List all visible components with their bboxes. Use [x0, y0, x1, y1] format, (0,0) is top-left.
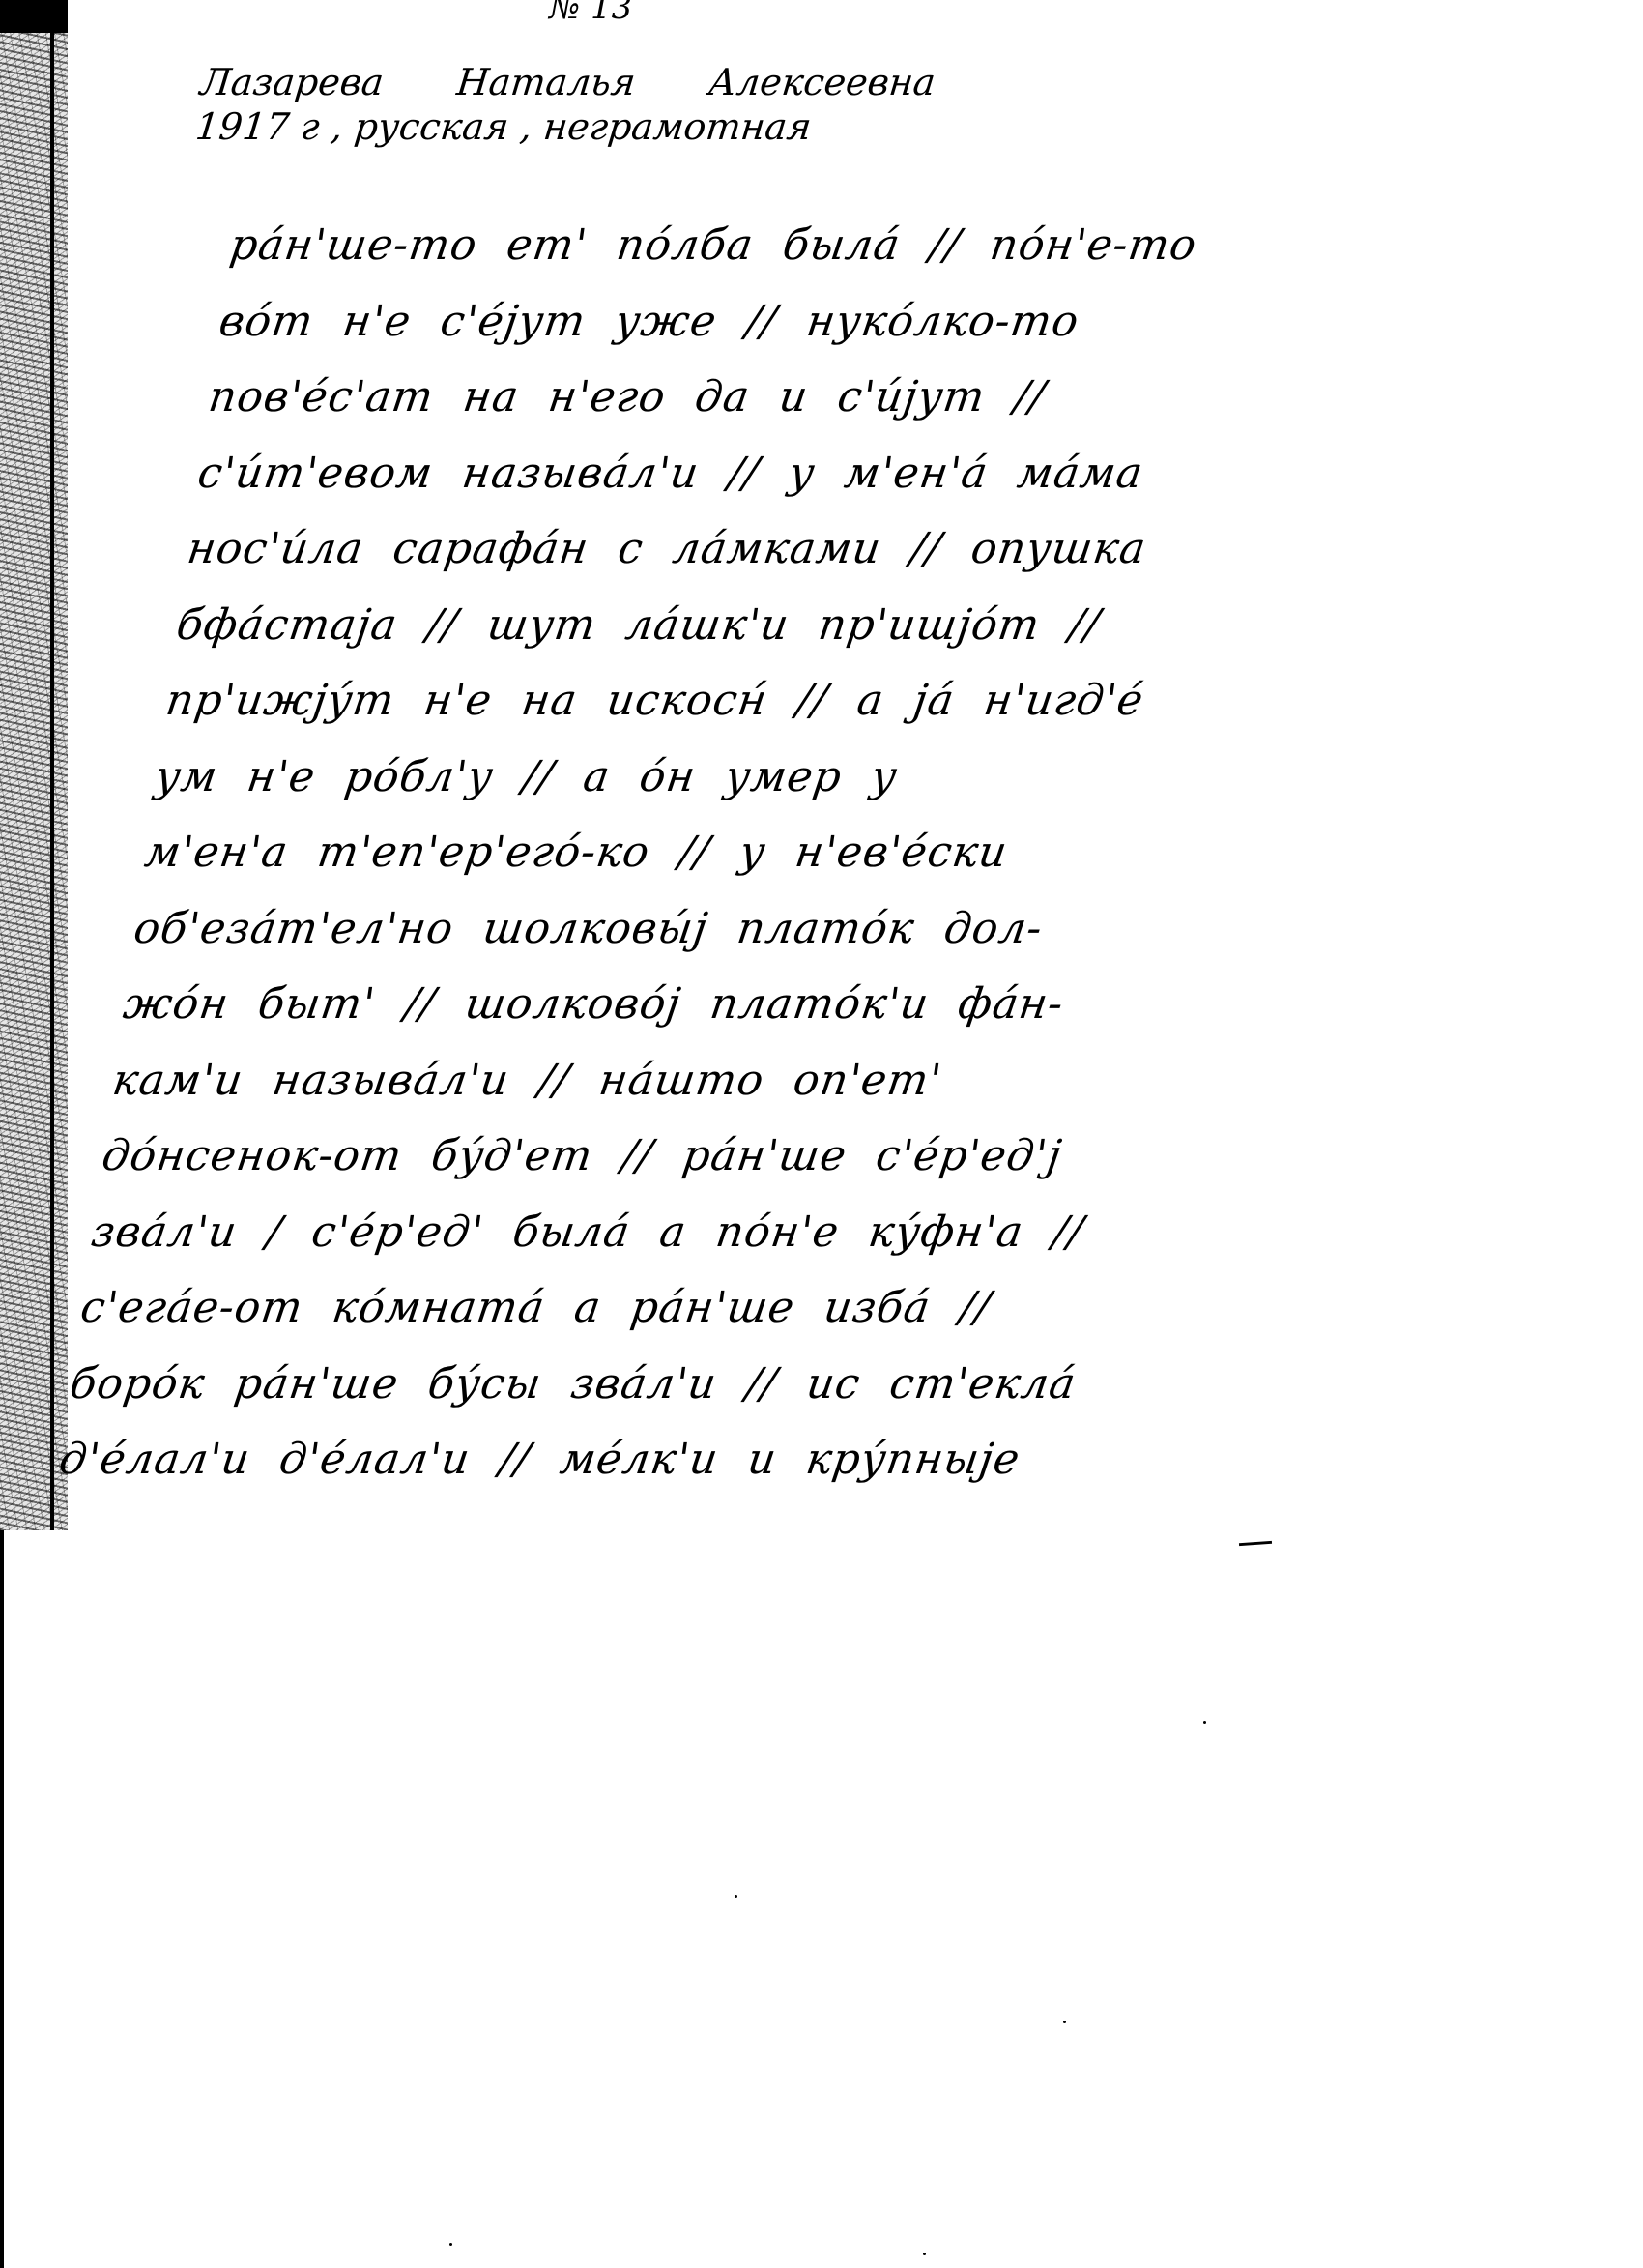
- informant-name: Лазарева Наталья Алексеевна: [198, 60, 999, 104]
- transcript-line: с'ега́е-от ко́мната́ а ра́н'ше изба́ //: [75, 1270, 1091, 1347]
- scan-edge-noise-strip: [0, 0, 68, 1530]
- transcript-line: кам'и называ́л'и // на́што оп'ет': [107, 1043, 1123, 1119]
- transcript-line: с'и́т'евом называ́л'и // у м'ен'а́ ма́ма: [193, 436, 1209, 512]
- transcript-line: ум н'е ро́бл'у // а о́н умер у: [151, 740, 1167, 816]
- transcript-line: во́т н'е с'е́јут уже // нуко́лко-то: [215, 284, 1230, 361]
- transcript-line: зва́л'и / с'е́р'ед' была́ а по́н'е ку́фн…: [86, 1195, 1102, 1271]
- transcript-line: жо́н быт' // шолково́ј плато́к'и фа́н-: [118, 967, 1134, 1043]
- informant-details: 1917 г , русская , неграмотная: [193, 104, 994, 149]
- transcript-line: м'ен'а т'еп'ер'его́-ко // у н'ев'е́ски: [139, 815, 1155, 891]
- scan-speck: [1203, 1721, 1206, 1724]
- transcript-line: бфа́стаја // шут ла́шк'и пр'ишјо́т //: [172, 588, 1188, 664]
- transcript-line: до́нсенок-от бу́д'ет // ра́н'ше с'е́р'ед…: [97, 1119, 1112, 1195]
- transcript-line: боро́к ра́н'ше бу́сы зва́л'и // ис ст'ек…: [65, 1347, 1081, 1423]
- page-number: № 13: [549, 0, 632, 27]
- transcript-line: пов'е́с'ат на н'его да и с'и́јут //: [204, 360, 1220, 436]
- transcript-line: об'еза́т'ел'но шолковы́ј плато́к дол-: [129, 891, 1144, 968]
- transcript-line: нос'и́ла сарафа́н с ла́мками // опушка: [183, 511, 1198, 588]
- transcript-line: д'е́лал'и д'е́лал'и // ме́лк'и и кру́пны…: [54, 1422, 1070, 1498]
- scan-speck: [923, 2253, 926, 2255]
- informant-surname: Лазарева: [198, 61, 386, 103]
- scan-speck: [449, 2243, 452, 2246]
- informant-header: Лазарева Наталья Алексеевна 1917 г , рус…: [193, 60, 999, 149]
- informant-patronymic: Алексеевна: [706, 61, 937, 103]
- transcript-body: ра́н'ше-то ет' по́лба была́ // по́н'е-то…: [54, 208, 1241, 1498]
- scan-edge-top-block: [0, 0, 68, 33]
- scan-speck: [735, 1895, 737, 1898]
- transcript-line: пр'ижју́т н'е на искосн́ // а ја́ н'игд'…: [161, 663, 1177, 740]
- informant-first-name: Наталья: [455, 61, 638, 103]
- end-dash-mark: [1239, 1541, 1272, 1546]
- transcript-line: ра́н'ше-то ет' по́лба была́ // по́н'е-то: [225, 208, 1241, 284]
- scan-speck: [1063, 2021, 1066, 2023]
